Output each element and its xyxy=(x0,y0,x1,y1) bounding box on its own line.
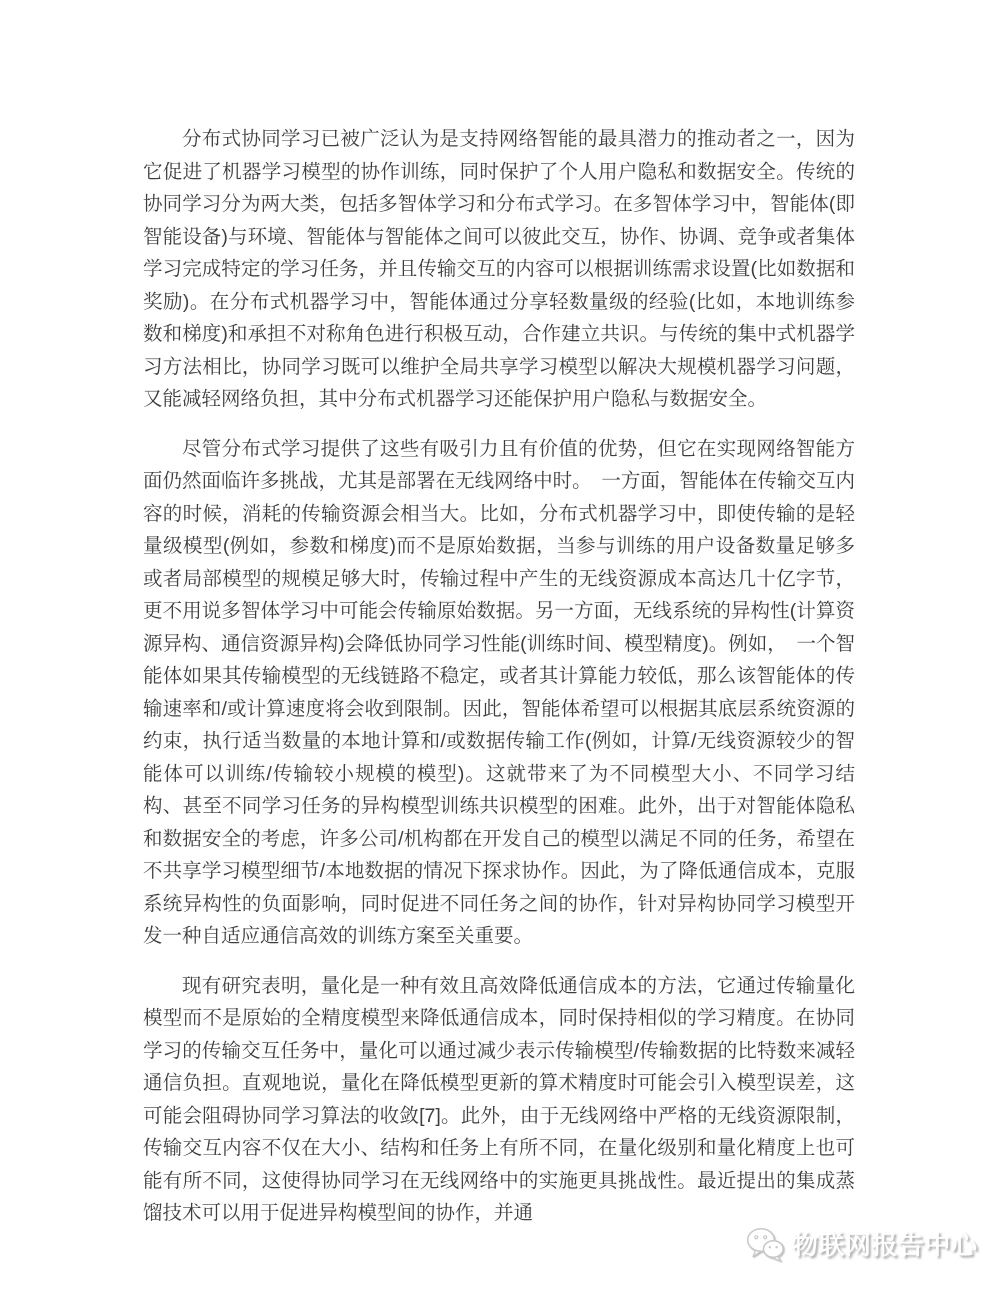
wechat-icon xyxy=(746,1227,784,1262)
paragraph-intro-collaborative-learning: 分布式协同学习已被广泛认为是支持网络智能的最具潜力的推动者之一，因为它促进了机器… xyxy=(143,123,855,416)
watermark: 物联网报告中心 xyxy=(746,1227,978,1262)
paragraph-challenges-wireless: 尽管分布式学习提供了这些有吸引力且有价值的优势，但它在实现网络智能方面仍然面临许… xyxy=(143,433,855,953)
document-page: { "page": { "background_color": "#ffffff… xyxy=(0,0,1000,1293)
paragraph-quantization: 现有研究表明，量化是一种有效且高效降低通信成本的方法，它通过传输量化模型而不是原… xyxy=(143,970,855,1230)
watermark-text: 物联网报告中心 xyxy=(792,1228,978,1262)
article-body: 分布式协同学习已被广泛认为是支持网络智能的最具潜力的推动者之一，因为它促进了机器… xyxy=(143,123,855,1230)
